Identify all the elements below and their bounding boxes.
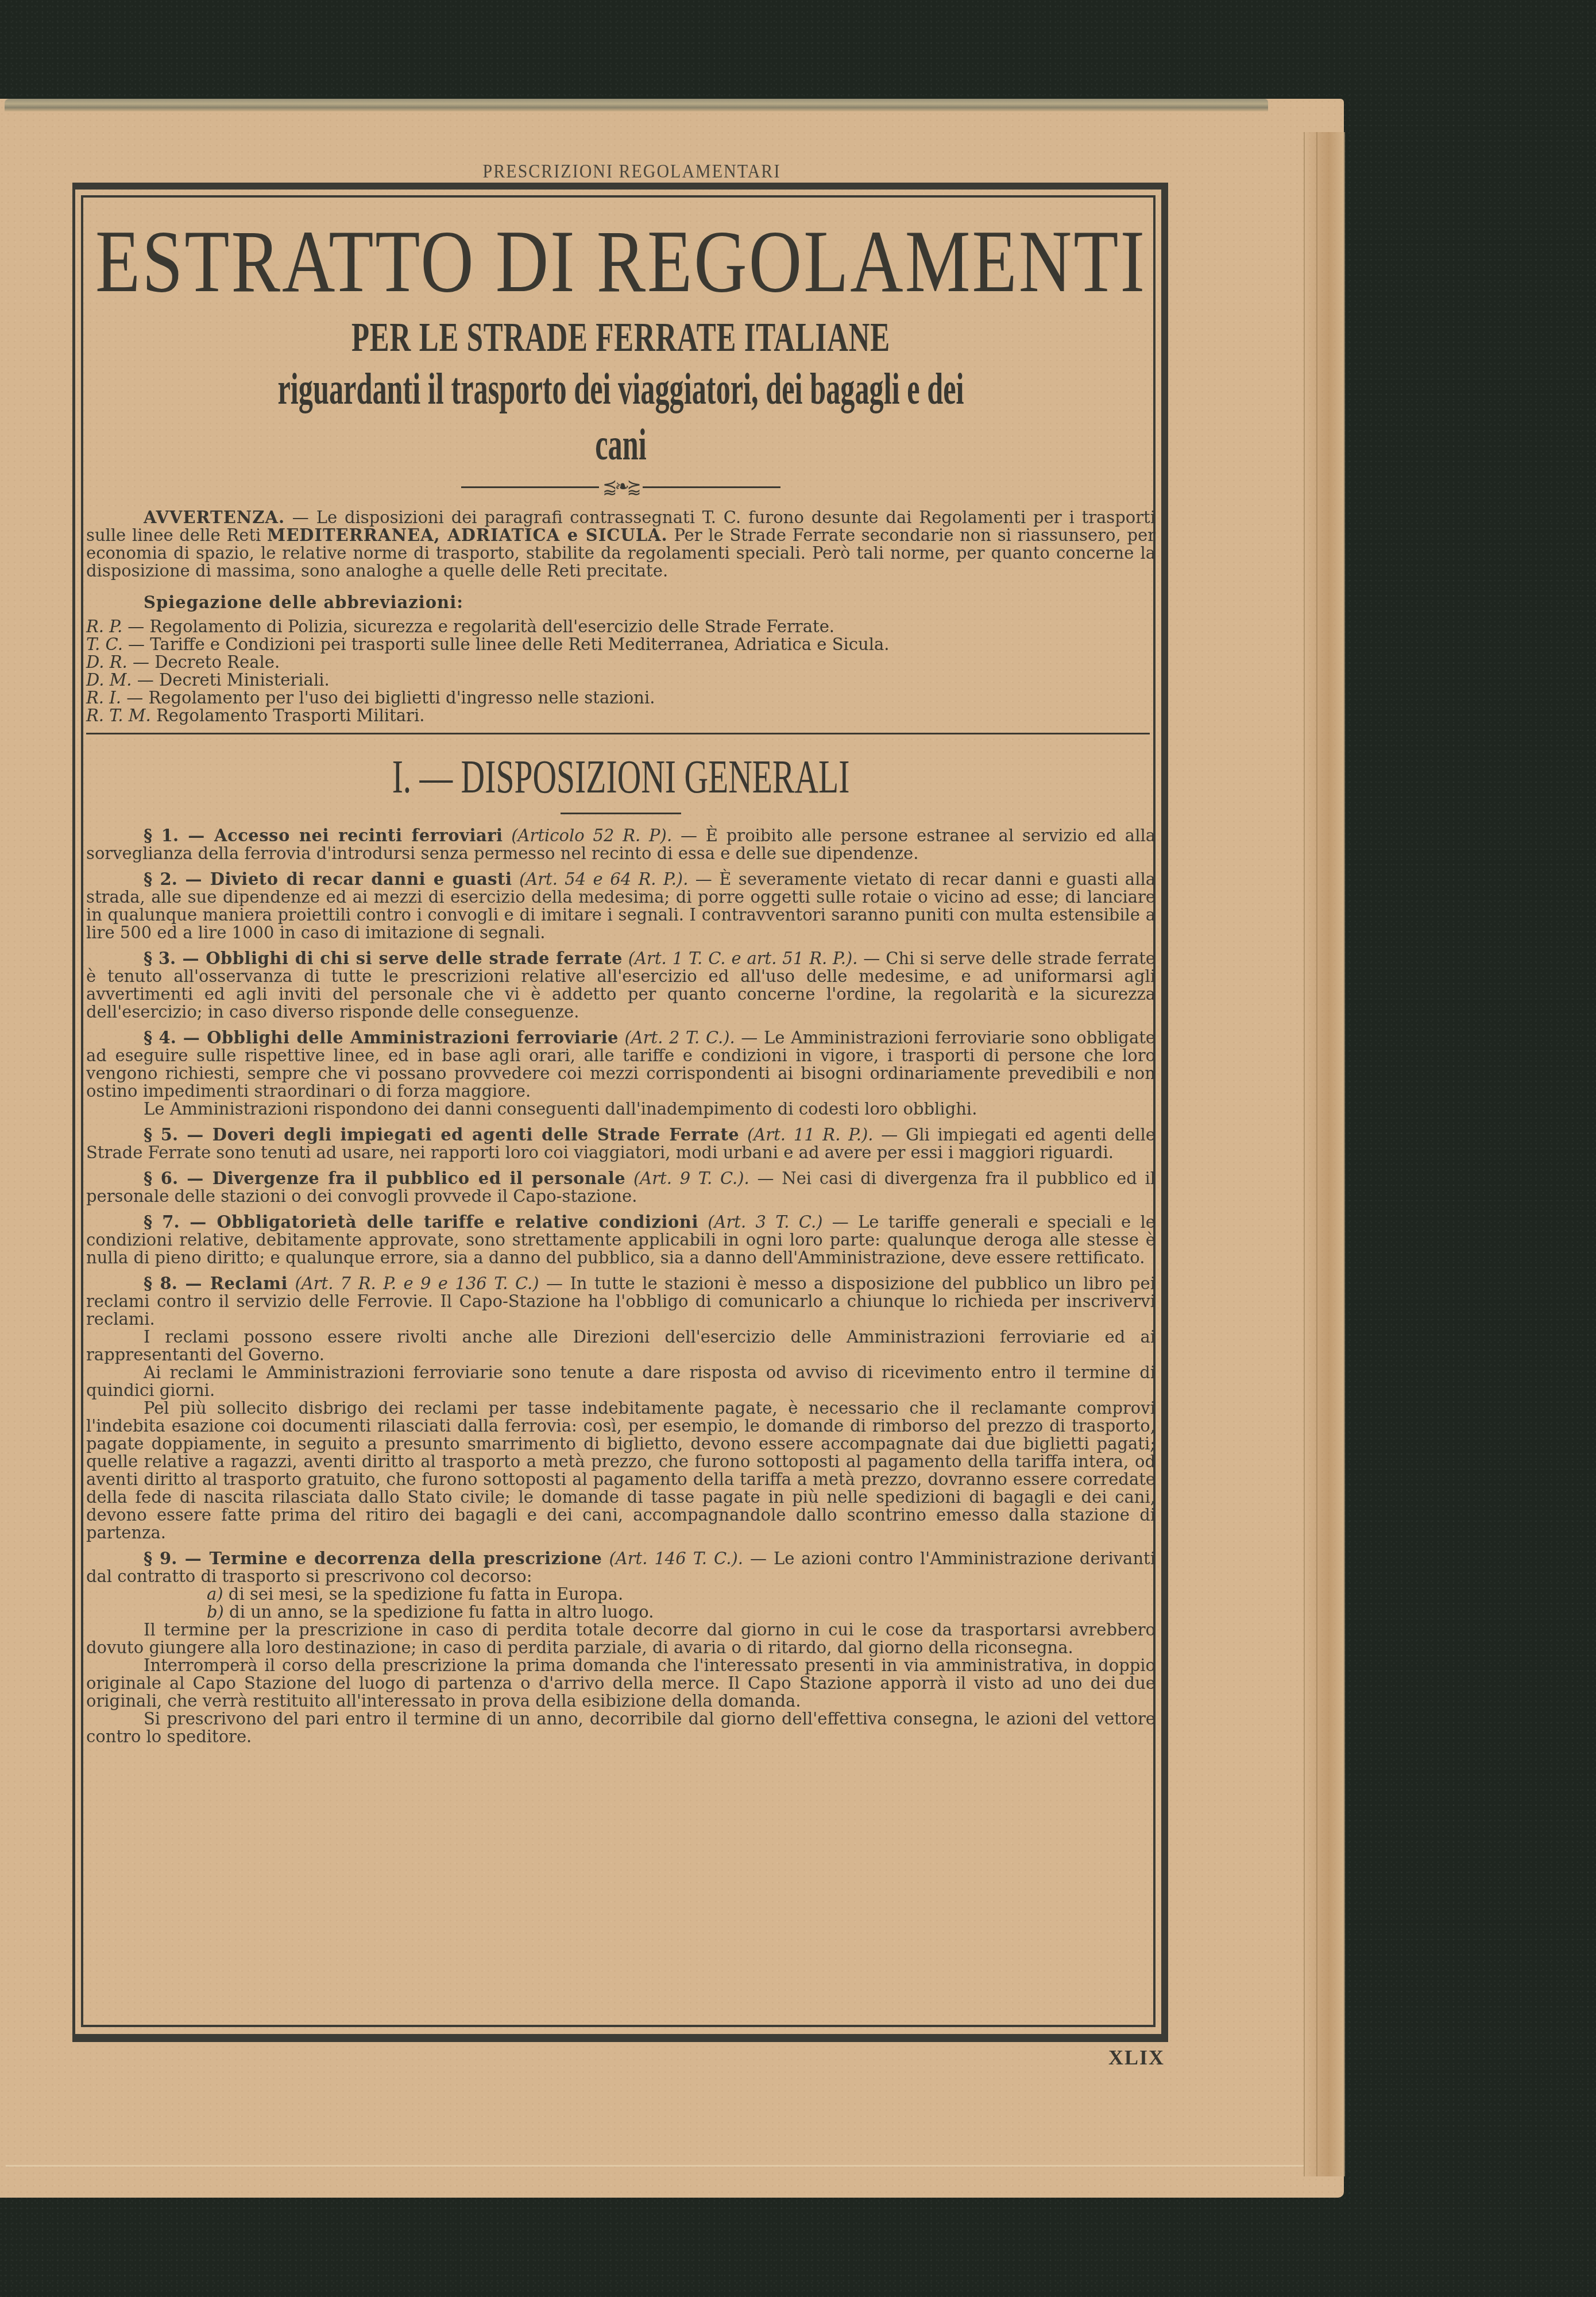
paragraph-4-continuation: Le Amministrazioni rispondono dei danni …	[86, 1100, 1156, 1118]
avvertenza-networks: MEDITERRANEA, ADRIATICA e SICULA.	[267, 525, 668, 545]
paragraph-8-continuation: Ai reclami le Amministrazioni ferroviari…	[86, 1364, 1156, 1399]
ornament-knot-icon: ⪷❧⪸	[602, 481, 639, 493]
paragraph-5: § 5. — Doveri degli impiegati ed agenti …	[86, 1126, 1156, 1162]
abbreviation-text: — Tariffe e Condizioni pei trasporti sul…	[123, 635, 890, 654]
ornament-bar-left	[461, 486, 599, 488]
horizontal-rule	[86, 733, 1150, 734]
paragraph-number: § 2.	[144, 869, 177, 889]
paragraph-6: § 6. — Divergenze fra il pubblico ed il …	[86, 1170, 1156, 1205]
prescription-list-item: b) di un anno, se la spedizione fu fatta…	[86, 1603, 1156, 1621]
page-top-edge	[5, 99, 1268, 111]
paragraph-9: § 9. — Termine e decorrenza della prescr…	[86, 1550, 1156, 1586]
paragraph-reference: (Art. 146 T. C.).	[602, 1549, 743, 1568]
paragraph-8-continuation: I reclami possono essere rivolti anche a…	[86, 1328, 1156, 1364]
paragraph-title: — Divergenze fra il pubblico ed il perso…	[178, 1169, 625, 1188]
abbreviation-item: D. M. — Decreti Ministeriali.	[86, 671, 1156, 689]
abbreviation-item: R. T. M. Regolamento Trasporti Militari.	[86, 707, 1156, 725]
paragraph-title: — Termine e decorrenza della prescrizion…	[177, 1549, 602, 1568]
paragraph-8: § 8. — Reclami (Art. 7 R. P. e 9 e 136 T…	[86, 1275, 1156, 1328]
paragraph-number: § 7.	[144, 1212, 180, 1232]
prescription-list-item: a) di sei mesi, se la spedizione fu fatt…	[86, 1586, 1156, 1603]
paragraph-reference: (Art. 1 T. C. e art. 51 R. P.).	[623, 949, 858, 968]
page-number: XLIX	[1108, 2045, 1165, 2070]
short-rule	[561, 813, 681, 814]
list-text: di un anno, se la spedizione fu fatta in…	[224, 1602, 654, 1622]
paragraph-8-continuation: Pel più sollecito disbrigo dei reclami p…	[86, 1399, 1156, 1542]
paragraph-number: § 8.	[144, 1274, 177, 1293]
abbreviation-text: Regolamento Trasporti Militari.	[151, 706, 425, 725]
document-subtitle-secondary: riguardanti il trasporto dei viaggiatori…	[257, 361, 984, 472]
paragraph-title: — Reclami	[177, 1274, 288, 1293]
paragraph-number: § 5.	[144, 1125, 178, 1144]
document-title: ESTRATTO DI REGOLAMENTI	[86, 210, 1156, 313]
abbreviation-key: R. I.	[86, 688, 121, 707]
abbreviation-key: R. T. M.	[86, 706, 151, 725]
document-subtitle: PER LE STRADE FERRATE ITALIANE	[183, 311, 1060, 364]
paragraph-3: § 3. — Obblighi di chi si serve delle st…	[86, 950, 1156, 1021]
paragraph-title: — Obblighi di chi si serve delle strade …	[176, 949, 623, 968]
ornament-bar-right	[643, 486, 780, 488]
abbreviation-text: — Regolamento di Polizia, sicurezza e re…	[122, 617, 834, 636]
running-head: PRESCRIZIONI REGOLAMENTARI	[0, 160, 1263, 183]
paragraph-title: — Divieto di recar danni e guasti	[177, 869, 512, 889]
list-text: di sei mesi, se la spedizione fu fatta i…	[223, 1584, 624, 1604]
paragraph-number: § 4.	[144, 1028, 176, 1047]
paragraph-9-continuation: Interromperà il corso della prescrizione…	[86, 1657, 1156, 1710]
abbreviation-key: D. R.	[86, 652, 127, 672]
paragraph-title: — Obbligatorietà delle tariffe e relativ…	[180, 1212, 698, 1232]
abbreviation-key: D. M.	[86, 670, 132, 690]
page-bottom-edge	[6, 2165, 1304, 2167]
paragraph-number: § 9.	[144, 1549, 177, 1568]
paragraph-title: — Accesso nei recinti ferroviari	[179, 826, 503, 845]
abbreviations-list: R. P. — Regolamento di Polizia, sicurezz…	[86, 618, 1156, 725]
paragraph-number: § 1.	[144, 826, 179, 845]
paragraph-title: — Doveri degli impiegati ed agenti delle…	[178, 1125, 739, 1144]
paragraph-7: § 7. — Obbligatorietà delle tariffe e re…	[86, 1213, 1156, 1267]
paragraph-4: § 4. — Obblighi delle Amministrazioni fe…	[86, 1029, 1156, 1100]
section-title: I. — DISPOSIZIONI GENERALI	[193, 747, 1049, 806]
paragraph-number: § 6.	[144, 1169, 178, 1188]
page-content: ESTRATTO DI REGOLAMENTI PER LE STRADE FE…	[86, 195, 1156, 1746]
paragraph-number: § 3.	[144, 949, 176, 968]
paragraph-reference: (Art. 54 e 64 R. P.).	[512, 869, 688, 889]
list-key: b)	[207, 1602, 224, 1622]
paragraph-9-continuation: Si prescrivono del pari entro il termine…	[86, 1710, 1156, 1746]
avvertenza-paragraph: AVVERTENZA. — Le disposizioni dei paragr…	[86, 509, 1156, 580]
ornament-divider: ⪷❧⪸	[86, 481, 1156, 493]
list-key: a)	[207, 1584, 223, 1604]
abbreviations-heading: Spiegazione delle abbreviazioni:	[144, 593, 1156, 612]
page-fore-edge	[1304, 132, 1345, 2176]
abbreviation-text: — Regolamento per l'uso dei biglietti d'…	[121, 688, 655, 707]
abbreviation-item: D. R. — Decreto Reale.	[86, 653, 1156, 671]
abbreviation-item: R. P. — Regolamento di Polizia, sicurezz…	[86, 618, 1156, 636]
avvertenza-label: AVVERTENZA.	[144, 508, 285, 527]
abbreviation-item: R. I. — Regolamento per l'uso dei biglie…	[86, 689, 1156, 707]
abbreviation-item: T. C. — Tariffe e Condizioni pei traspor…	[86, 636, 1156, 653]
paragraph-1: § 1. — Accesso nei recinti ferroviari (A…	[86, 827, 1156, 863]
paragraph-reference: (Art. 9 T. C.).	[625, 1169, 749, 1188]
paragraph-reference: (Art. 2 T. C.).	[619, 1028, 735, 1047]
paragraph-2: § 2. — Divieto di recar danni e guasti (…	[86, 871, 1156, 942]
paragraph-9-continuation: Il termine per la prescrizione in caso d…	[86, 1621, 1156, 1657]
paragraph-title: — Obblighi delle Amministrazioni ferrovi…	[176, 1028, 619, 1047]
paragraph-reference: (Articolo 52 R. P).	[503, 826, 672, 845]
paragraph-reference: (Art. 7 R. P. e 9 e 136 T. C.)	[288, 1274, 539, 1293]
abbreviation-text: — Decreto Reale.	[127, 652, 280, 672]
abbreviation-text: — Decreti Ministeriali.	[132, 670, 330, 690]
abbreviation-key: T. C.	[86, 635, 123, 654]
paragraph-reference: (Art. 11 R. P.).	[739, 1125, 873, 1144]
paragraph-reference: (Art. 3 T. C.)	[698, 1212, 823, 1232]
abbreviation-key: R. P.	[86, 617, 122, 636]
